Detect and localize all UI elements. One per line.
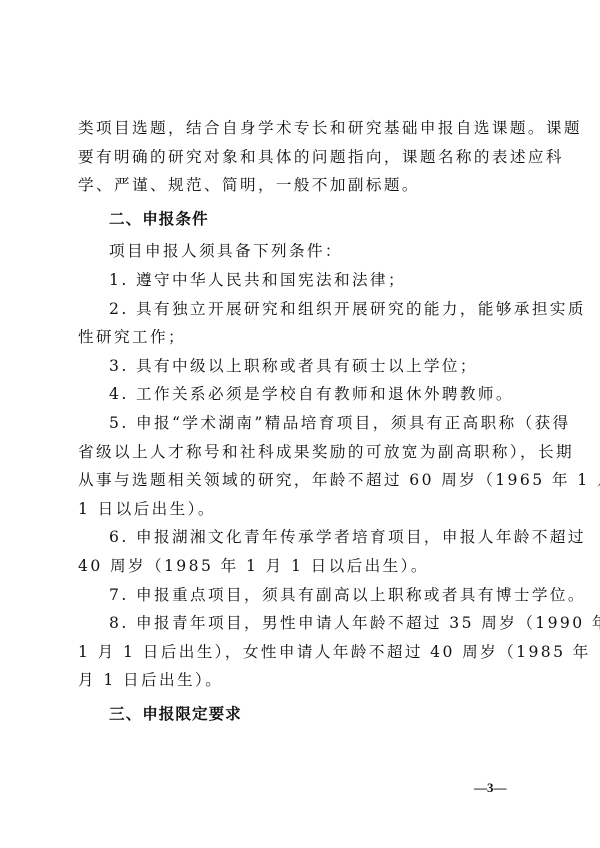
condition-item-5-cont: 1 日以后出生）。 [78, 495, 522, 524]
document-body: 类项目选题，结合自身学术专长和研究基础申报自选课题。课题 要有明确的研究对象和具… [78, 114, 522, 732]
condition-item-2: 2. 具有独立开展研究和组织开展研究的能力，能够承担实质 [78, 295, 522, 324]
paragraph-line: 要有明确的研究对象和具体的问题指向，课题名称的表述应科 [78, 143, 522, 172]
condition-item-2-cont: 性研究工作； [78, 323, 522, 352]
paragraph-line: 类项目选题，结合自身学术专长和研究基础申报自选课题。课题 [78, 114, 522, 143]
section-heading-conditions: 二、申报条件 [78, 205, 522, 234]
condition-item-8-cont: 月 1 日后出生）。 [78, 666, 522, 695]
section-lead: 项目申报人须具备下列条件： [78, 237, 522, 266]
condition-item-7: 7. 申报重点项目，须具有副高以上职称或者具有博士学位。 [78, 581, 522, 610]
condition-item-3: 3. 具有中级以上职称或者具有硕士以上学位； [78, 352, 522, 381]
condition-item-1: 1. 遵守中华人民共和国宪法和法律； [78, 266, 522, 295]
condition-item-4: 4. 工作关系必须是学校自有教师和退休外聘教师。 [78, 380, 522, 409]
condition-item-8: 8. 申报青年项目，男性申请人年龄不超过 35 周岁（1990 年 [78, 609, 522, 638]
condition-item-8-cont: 1 月 1 日后出生），女性申请人年龄不超过 40 周岁（1985 年 1 [78, 638, 522, 667]
page-number: —3— [474, 780, 507, 796]
section-heading-restrictions: 三、申报限定要求 [78, 700, 522, 729]
condition-item-5-cont: 省级以上人才称号和社科成果奖励的可放宽为副高职称），长期 [78, 438, 522, 467]
document-page: 类项目选题，结合自身学术专长和研究基础申报自选课题。课题 要有明确的研究对象和具… [0, 0, 600, 848]
condition-item-5-cont: 从事与选题相关领域的研究，年龄不超过 60 周岁（1965 年 1 月 [78, 466, 522, 495]
condition-item-6: 6. 申报湖湘文化青年传承学者培育项目，申报人年龄不超过 [78, 523, 522, 552]
condition-item-6-cont: 40 周岁（1985 年 1 月 1 日以后出生）。 [78, 552, 522, 581]
paragraph-line: 学、严谨、规范、简明，一般不加副标题。 [78, 171, 522, 200]
condition-item-5: 5. 申报“学术湖南”精品培育项目，须具有正高职称（获得 [78, 409, 522, 438]
